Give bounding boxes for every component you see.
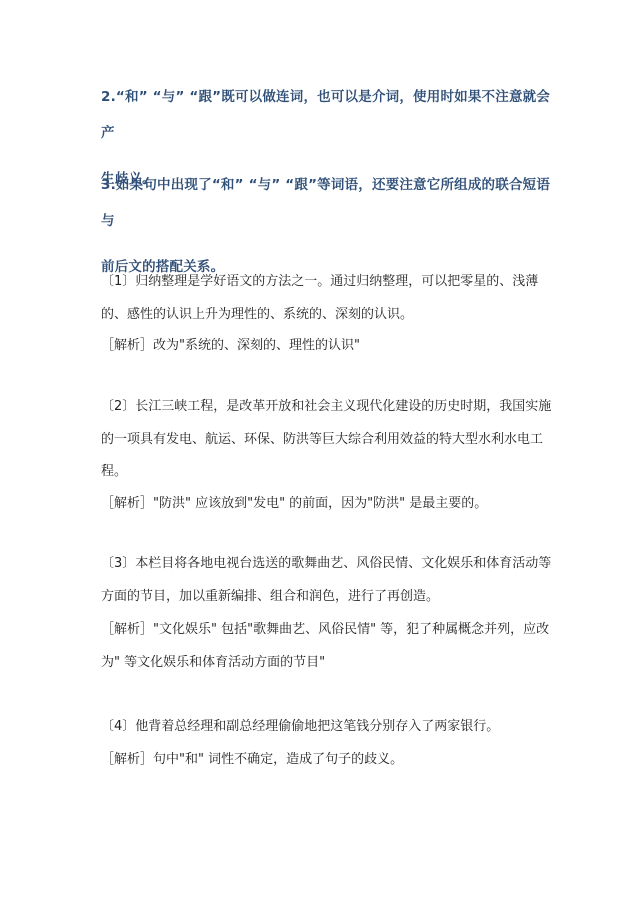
example-1-line: 〔1〕归纳整理是学好语文的方法之一。通过归纳整理，可以把零星的、浅薄 [101, 272, 551, 292]
example-3-line: 〔3〕本栏目将各地电视台选送的歌舞曲艺、风俗民情、文化娱乐和体育活动等 [101, 554, 551, 574]
heading-3: 3.如果句中出现了“和” “与” “跟”等词语，还要注意它所组成的联合短语与 前… [101, 167, 551, 285]
example-4-analysis: ［解析］句中"和" 词性不确定，造成了句子的歧义。 [101, 750, 551, 770]
heading-line: 2.“和” “与” “跟”既可以做连词，也可以是介词，使用时如果不注意就会产 [101, 79, 551, 151]
example-2-line: 的一项具有发电、航运、环保、防洪等巨大综合利用效益的特大型水利水电工 [101, 430, 551, 450]
example-1-line: 的、感性的认识上升为理性的、系统的、深刻的认识。 [101, 305, 551, 325]
heading-line: 3.如果句中出现了“和” “与” “跟”等词语，还要注意它所组成的联合短语与 [101, 167, 551, 239]
example-1-analysis: ［解析］改为"系统的、深刻的、理性的认识" [101, 336, 551, 356]
example-3-analysis: 为" 等文化娱乐和体育活动方面的节目" [101, 653, 551, 673]
example-2-line: 程。 [101, 462, 551, 482]
example-2-analysis: ［解析］"防洪" 应该放到"发电" 的前面，因为"防洪" 是最主要的。 [101, 494, 551, 514]
example-4-line: 〔4〕他背着总经理和副总经理偷偷地把这笔钱分别存入了两家银行。 [101, 717, 551, 737]
example-2-line: 〔2〕长江三峡工程，是改革开放和社会主义现代化建设的历史时期，我国实施 [101, 397, 551, 417]
example-3-line: 方面的节目，加以重新编排、组合和润色，进行了再创造。 [101, 587, 551, 607]
example-3-analysis: ［解析］"文化娱乐" 包括"歌舞曲艺、风俗民情" 等，犯了种属概念并列，应改 [101, 620, 551, 640]
